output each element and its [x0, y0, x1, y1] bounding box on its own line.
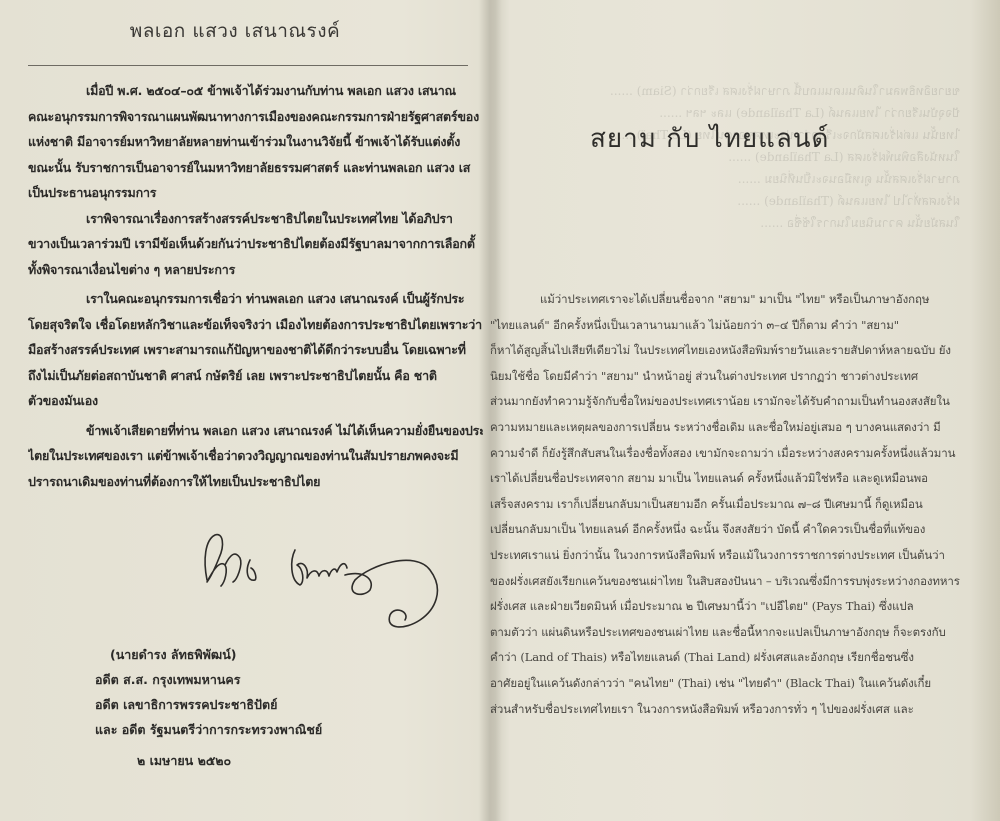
text-line: แม้ว่าประเทศเราจะได้เปลี่ยนชื่อจาก "สยาม… [490, 287, 968, 313]
left-page: พลเอก แสวง เสนาณรงค์ เมื่อปี พ.ศ. ๒๕๐๔–๐… [0, 0, 490, 821]
running-head: พลเอก แสวง เสนาณรงค์ [0, 16, 470, 46]
text-line: ความจำดี ก็ยังรู้สึกสับสนในเรื่องชื่อทั้… [490, 441, 968, 467]
text-line: ความหมายและเหตุผลของการเปลี่ยน ระหว่างชื… [490, 415, 968, 441]
text-line: ก็หาได้สูญสิ้นไปเสียทีเดียวไม่ ในประเทศไ… [490, 338, 968, 364]
text-line: ประเทศเราแน่ ยิ่งกว่านั้น ในวงการหนังสือ… [490, 543, 968, 569]
text-line: เราในคณะอนุกรรมการเชื่อว่า ท่านพลเอก แสว… [28, 286, 483, 312]
text-line: คณะอนุกรรมการพิจารณาแผนพัฒนาทางการเมืองข… [28, 104, 483, 130]
bleed-line: ขยายอิทธิพลมาในดินแดนแถบนี้ ภาษาฝรั่งเศส… [500, 80, 960, 102]
signatory-title: และ อดีต รัฐมนตรีว่าการกระทรวงพาณิชย์ [95, 717, 475, 742]
text-line: "ไทยแลนด์" อีกครั้งหนึ่งเป็นเวลานานมาแล้… [490, 313, 968, 339]
signatory-title: อดีต ส.ส. กรุงเทพมหานคร [95, 667, 475, 692]
text-line: อาศัยอยู่ในแคว้นดังกล่าวว่า "คนไทย" (Tha… [490, 671, 968, 697]
right-body-text: แม้ว่าประเทศเราจะได้เปลี่ยนชื่อจาก "สยาม… [490, 287, 968, 722]
left-body-text: เมื่อปี พ.ศ. ๒๕๐๔–๐๕ ข้าพเจ้าได้ร่วมงานก… [28, 78, 483, 494]
text-line: ข้าพเจ้าเสียดายที่ท่าน พลเอก แสวง เสนาณร… [28, 418, 483, 444]
text-line: ส่วนสำหรับชื่อประเทศไทยเรา ในวงการหนังสื… [490, 697, 968, 723]
text-line: โดยสุจริตใจ เชื่อโดยหลักวิชาและข้อเท็จจร… [28, 312, 483, 338]
header-rule [28, 65, 468, 66]
text-line: แห่งชาติ มีอาจารย์มหาวิทยาลัยหลายท่านเข้… [28, 129, 483, 155]
text-line: ทั้งพิจารณาเงื่อนไขต่าง ๆ หลายประการ [28, 257, 483, 283]
handwritten-signature [195, 520, 475, 640]
bleed-line: ในสมัยนั้น ความนิยมในการใช้ชื่อ ...... [500, 212, 960, 234]
text-line: เป็นประธานอนุกรรมการ [28, 180, 483, 206]
text-line: ของฝรั่งเศสยังเรียกแคว้นของชนเผ่าไทย ในส… [490, 569, 968, 595]
text-line: ถึงไม่เป็นภัยต่อสถาบันชาติ ศาสน์ กษัตริย… [28, 363, 483, 389]
signature-date: ๒ เมษายน ๒๕๒๐ [95, 748, 475, 773]
text-line: นิยมใช้ชื่อ โดยมีคำว่า "สยาม" นำหน้าอยู่… [490, 364, 968, 390]
text-line: เราพิจารณาเรื่องการสร้างสรรค์ประชาธิปไตย… [28, 206, 483, 232]
text-line: มือสร้างสรรค์ประเทศ เพราะสามารถแก้ปัญหาข… [28, 337, 483, 363]
text-line: ไตยในประเทศของเรา แต่ข้าพเจ้าเชื่อว่าดวง… [28, 443, 483, 469]
text-line: ตามตัวว่า แผ่นดินหรือประเทศของชนเผ่าไทย … [490, 620, 968, 646]
text-line: คำว่า (Land of Thais) หรือไทยแลนด์ (Thai… [490, 645, 968, 671]
signatory-title: อดีต เลขาธิการพรรคประชาธิปัตย์ [95, 692, 475, 717]
text-line: ขณะนั้น รับราชการเป็นอาจารย์ในมหาวิทยาลั… [28, 155, 483, 181]
bleed-through-text: ขยายอิทธิพลมาในดินแดนแถบนี้ ภาษาฝรั่งเศส… [500, 80, 960, 280]
text-line: เมื่อปี พ.ศ. ๒๕๐๔–๐๕ ข้าพเจ้าได้ร่วมงานก… [28, 78, 483, 104]
book-spread: พลเอก แสวง เสนาณรงค์ เมื่อปี พ.ศ. ๒๕๐๔–๐… [0, 0, 1000, 821]
chapter-title: สยาม กับ ไทยแลนด์ [590, 118, 829, 159]
right-page: ขยายอิทธิพลมาในดินแดนแถบนี้ ภาษาฝรั่งเศส… [490, 0, 1000, 821]
bleed-line: ฝรั่งเศสทั่วไป ไทยแลนด์ (Thaïlande) ....… [500, 190, 960, 212]
text-line: ปรารถนาเดิมของท่านที่ต้องการให้ไทยเป็นปร… [28, 469, 483, 495]
signatory-name: (นายดำรง ลัทธพิพัฒน์) [95, 642, 475, 667]
bleed-line: ภาษาฝรั่งเศสนั้น ดูเหมือนจะเป็นที่นิยม .… [500, 168, 960, 190]
signature-block: (นายดำรง ลัทธพิพัฒน์) อดีต ส.ส. กรุงเทพม… [95, 642, 475, 773]
text-line: ตัวของมันเอง [28, 388, 483, 414]
text-line: ส่วนมากยังทำความรู้จักกับชื่อใหม่ของประเ… [490, 389, 968, 415]
text-line: ฝรั่งเศส และฝ่ายเวียดมินห์ เมื่อประมาณ ๒… [490, 594, 968, 620]
text-line: เราได้เปลี่ยนชื่อประเทศจาก สยาม มาเป็น ไ… [490, 466, 968, 492]
text-line: เสร็จสงคราม เราก็เปลี่ยนกลับมาเป็นสยามอี… [490, 492, 968, 518]
text-line: เปลี่ยนกลับมาเป็น ไทยแลนด์ อีกครั้งหนึ่ง… [490, 517, 968, 543]
text-line: ขวางเป็นเวลาร่วมปี เรามีข้อเห็นด้วยกันว่… [28, 231, 483, 257]
